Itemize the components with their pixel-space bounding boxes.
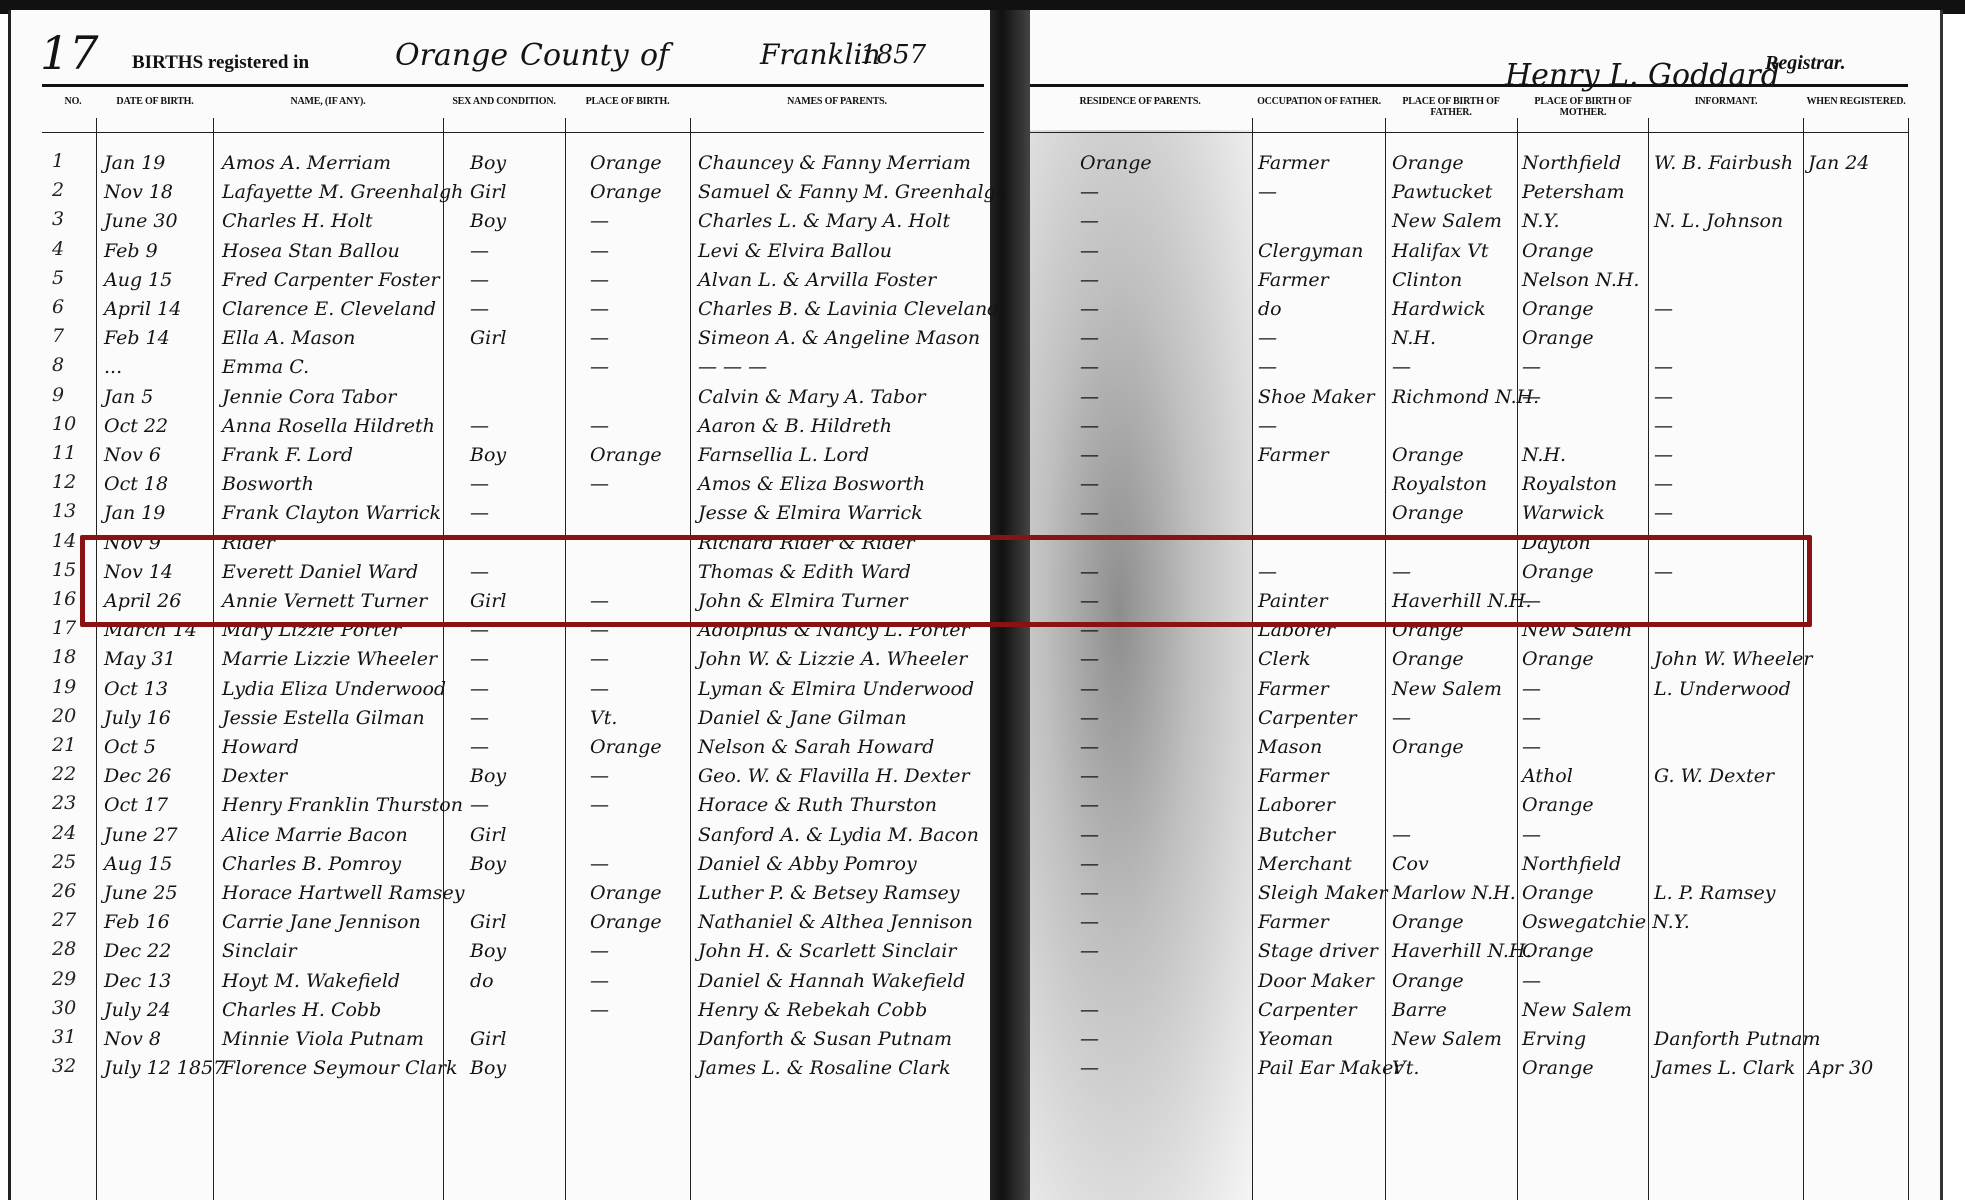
cell-informant: L. Underwood [1654, 676, 1791, 702]
cell-date: April 26 [104, 588, 181, 614]
cell-sex: — [470, 705, 489, 731]
header-rule-right [1030, 132, 1908, 133]
cell-date: Feb 16 [104, 909, 170, 935]
cell-mother-birth: Northfield [1522, 851, 1621, 877]
cell-parents: Horace & Ruth Thurston [698, 792, 937, 818]
cell-mother-birth: — [1522, 384, 1541, 410]
cell-parents: John H. & Scarlett Sinclair [698, 938, 956, 964]
cell-place: Vt. [590, 705, 617, 731]
county-name: Orange [395, 38, 508, 73]
cell-father-birth: — [1392, 354, 1411, 380]
cell-name: Mary Lizzie Porter [222, 617, 401, 643]
cell-no: 8 [52, 354, 64, 376]
cell-residence: — [1080, 705, 1099, 731]
cell-no: 31 [52, 1026, 76, 1048]
cell-name: Horace Hartwell Ramsey [222, 880, 464, 906]
cell-residence: — [1080, 851, 1099, 877]
cell-father-birth: New Salem [1392, 1026, 1502, 1052]
cell-name: Ella A. Mason [222, 325, 355, 351]
cell-father-birth: — [1392, 559, 1411, 585]
cell-sex: Boy [470, 208, 506, 234]
column-divider [1385, 118, 1386, 1200]
cell-no: 23 [52, 792, 76, 814]
cell-date: July 24 [104, 997, 171, 1023]
cell-mother-birth: Petersham [1522, 179, 1624, 205]
cell-father-birth: — [1392, 822, 1411, 848]
header-father-birthplace: PLACE OF BIRTH OF FATHER. [1387, 96, 1515, 118]
cell-date: April 14 [104, 296, 181, 322]
cell-parents: James L. & Rosaline Clark [698, 1055, 951, 1081]
cell-parents: Aaron & B. Hildreth [698, 413, 892, 439]
cell-name: Carrie Jane Jennison [222, 909, 421, 935]
cell-place: — [590, 354, 609, 380]
cell-father-birth: Orange [1392, 617, 1464, 643]
cell-father-birth: Halifax Vt [1392, 238, 1489, 264]
cell-sex: Boy [470, 1055, 506, 1081]
cell-date: July 12 1857 [104, 1055, 225, 1081]
registrar-name: Henry L. Goddard [1505, 58, 1780, 93]
cell-date: Oct 17 [104, 792, 168, 818]
cell-mother-birth: Warwick [1522, 500, 1605, 526]
cell-date: Nov 14 [104, 559, 173, 585]
cell-mother-birth: New Salem [1522, 997, 1632, 1023]
cell-occupation: — [1258, 179, 1277, 205]
cell-name: Howard [222, 734, 299, 760]
cell-name: Frank F. Lord [222, 442, 353, 468]
cell-no: 16 [52, 588, 76, 610]
column-divider [96, 118, 97, 1200]
cell-name: Clarence E. Cleveland [222, 296, 436, 322]
cell-name: Lydia Eliza Underwood [222, 676, 446, 702]
cell-occupation: do [1258, 296, 1282, 322]
title-rule-left [42, 84, 984, 87]
cell-sex: — [470, 471, 489, 497]
cell-residence: — [1080, 208, 1099, 234]
cell-sex: — [470, 646, 489, 672]
cell-residence: — [1080, 471, 1099, 497]
cell-date: Jan 19 [104, 150, 165, 176]
cell-parents: Alvan L. & Arvilla Foster [698, 267, 936, 293]
cell-parents: Thomas & Edith Ward [698, 559, 911, 585]
cell-no: 9 [52, 384, 64, 406]
cell-no: 1 [52, 150, 64, 172]
cell-mother-birth: Orange [1522, 792, 1594, 818]
cell-no: 12 [52, 471, 76, 493]
cell-residence: — [1080, 617, 1099, 643]
cell-father-birth: New Salem [1392, 208, 1502, 234]
cell-mother-birth: Oswegatchie N.Y. [1522, 909, 1690, 935]
cell-parents: Calvin & Mary A. Tabor [698, 384, 926, 410]
cell-occupation: Yeoman [1258, 1026, 1333, 1052]
cell-residence: — [1080, 238, 1099, 264]
cell-sex: Girl [470, 325, 506, 351]
cell-date: Feb 14 [104, 325, 170, 351]
cell-name: Everett Daniel Ward [222, 559, 418, 585]
cell-no: 22 [52, 763, 76, 785]
cell-parents: Richard Rider & Rider [698, 530, 915, 556]
cell-mother-birth: — [1522, 354, 1541, 380]
cell-father-birth: Orange [1392, 968, 1464, 994]
cell-no: 30 [52, 997, 76, 1019]
cell-place: Orange [590, 150, 662, 176]
cell-date: Dec 13 [104, 968, 171, 994]
cell-residence: — [1080, 792, 1099, 818]
cell-occupation: Farmer [1258, 267, 1329, 293]
cell-name: Minnie Viola Putnam [222, 1026, 424, 1052]
cell-parents: Geo. W. & Flavilla H. Dexter [698, 763, 970, 789]
cell-date: Aug 15 [104, 851, 172, 877]
cell-no: 17 [52, 617, 76, 639]
column-divider [565, 118, 566, 1200]
cell-parents: Lyman & Elmira Underwood [698, 676, 974, 702]
cell-parents: Daniel & Hannah Wakefield [698, 968, 965, 994]
cell-place: — [590, 997, 609, 1023]
printed-title: BIRTHS registered in [132, 52, 309, 74]
cell-no: 25 [52, 851, 76, 873]
cell-sex: — [470, 267, 489, 293]
cell-residence: — [1080, 676, 1099, 702]
cell-sex: — [470, 617, 489, 643]
cell-sex: — [470, 413, 489, 439]
cell-sex: — [470, 296, 489, 322]
column-divider [213, 118, 214, 1200]
cell-parents: Henry & Rebekah Cobb [698, 997, 927, 1023]
cell-no: 18 [52, 646, 76, 668]
cell-father-birth: Clinton [1392, 267, 1462, 293]
cell-place: — [590, 588, 609, 614]
cell-name: Lafayette M. Greenhalgh [222, 179, 463, 205]
cell-place: Orange [590, 442, 662, 468]
page-number: 17 [40, 26, 99, 80]
cell-place: — [590, 968, 609, 994]
cell-informant: — [1654, 500, 1673, 526]
cell-date: Aug 15 [104, 267, 172, 293]
cell-father-birth: Hardwick [1392, 296, 1486, 322]
cell-date: Oct 18 [104, 471, 168, 497]
cell-mother-birth: — [1522, 588, 1541, 614]
cell-place: — [590, 413, 609, 439]
cell-place: — [590, 851, 609, 877]
header-place-of-birth: PLACE OF BIRTH. [567, 96, 688, 107]
cell-informant: L. P. Ramsey [1654, 880, 1776, 906]
cell-mother-birth: Orange [1522, 559, 1594, 585]
cell-mother-birth: Northfield [1522, 150, 1621, 176]
cell-no: 5 [52, 267, 64, 289]
cell-parents: Nelson & Sarah Howard [698, 734, 934, 760]
cell-no: 28 [52, 938, 76, 960]
cell-residence: — [1080, 384, 1099, 410]
cell-no: 20 [52, 705, 76, 727]
cell-name: Charles H. Cobb [222, 997, 381, 1023]
cell-mother-birth: N.Y. [1522, 208, 1560, 234]
header-informant: INFORMANT. [1650, 96, 1802, 107]
cell-date: Nov 6 [104, 442, 161, 468]
cell-name: Jennie Cora Tabor [222, 384, 396, 410]
cell-occupation: Stage driver [1258, 938, 1378, 964]
cell-sex: Boy [470, 150, 506, 176]
cell-mother-birth: Athol [1522, 763, 1573, 789]
cell-residence: — [1080, 325, 1099, 351]
cell-mother-birth: Orange [1522, 296, 1594, 322]
cell-occupation: Butcher [1258, 822, 1335, 848]
title-rule-right [1030, 84, 1908, 87]
column-divider [690, 118, 691, 1200]
cell-residence: — [1080, 909, 1099, 935]
cell-informant: James L. Clark [1654, 1055, 1795, 1081]
cell-sex: Boy [470, 938, 506, 964]
cell-parents: Amos & Eliza Bosworth [698, 471, 925, 497]
cell-informant: G. W. Dexter [1654, 763, 1774, 789]
cell-parents: John W. & Lizzie A. Wheeler [698, 646, 967, 672]
cell-parents: Daniel & Jane Gilman [698, 705, 907, 731]
cell-occupation: — [1258, 325, 1277, 351]
cell-father-birth: Richmond N.H. [1392, 384, 1539, 410]
cell-father-birth: Orange [1392, 150, 1464, 176]
cell-occupation: Sleigh Maker [1258, 880, 1387, 906]
cell-mother-birth: Dayton [1522, 530, 1591, 556]
cell-no: 32 [52, 1055, 76, 1077]
cell-mother-birth: — [1522, 822, 1541, 848]
cell-name: Annie Vernett Turner [222, 588, 427, 614]
cell-sex: — [470, 238, 489, 264]
cell-informant: Danforth Putnam [1654, 1026, 1821, 1052]
cell-residence: — [1080, 500, 1099, 526]
cell-residence: — [1080, 880, 1099, 906]
cell-occupation: Laborer [1258, 617, 1335, 643]
cell-name: Florence Seymour Clark [222, 1055, 458, 1081]
cell-parents: Farnsellia L. Lord [698, 442, 869, 468]
cell-residence: — [1080, 1026, 1099, 1052]
cell-date: Jan 5 [104, 384, 153, 410]
cell-place: — [590, 617, 609, 643]
cell-parents: Danforth & Susan Putnam [698, 1026, 952, 1052]
cell-parents: Daniel & Abby Pomroy [698, 851, 917, 877]
cell-mother-birth: Royalston [1522, 471, 1617, 497]
cell-place: — [590, 646, 609, 672]
cell-residence: — [1080, 267, 1099, 293]
column-divider [1517, 118, 1518, 1200]
cell-name: Jessie Estella Gilman [222, 705, 425, 731]
cell-name: Hosea Stan Ballou [222, 238, 400, 264]
cell-name: Anna Rosella Hildreth [222, 413, 435, 439]
cell-no: 2 [52, 179, 64, 201]
cell-occupation: Farmer [1258, 676, 1329, 702]
cell-mother-birth: — [1522, 734, 1541, 760]
cell-mother-birth: Orange [1522, 1055, 1594, 1081]
cell-date: Jan 19 [104, 500, 165, 526]
cell-occupation: — [1258, 413, 1277, 439]
cell-date: June 27 [104, 822, 178, 848]
cell-informant: W. B. Fairbush [1654, 150, 1793, 176]
cell-no: 15 [52, 559, 76, 581]
header-mother-birthplace: PLACE OF BIRTH OF MOTHER. [1519, 96, 1647, 118]
cell-mother-birth: N.H. [1522, 442, 1566, 468]
cell-sex: Boy [470, 763, 506, 789]
cell-no: 6 [52, 296, 64, 318]
cell-name: Frank Clayton Warrick [222, 500, 441, 526]
cell-parents: Jesse & Elmira Warrick [698, 500, 923, 526]
cell-mother-birth: — [1522, 705, 1541, 731]
cell-no: 7 [52, 325, 64, 347]
header-date-of-birth: DATE OF BIRTH. [98, 96, 212, 107]
cell-mother-birth: Nelson N.H. [1522, 267, 1639, 293]
cell-no: 26 [52, 880, 76, 902]
cell-residence: — [1080, 413, 1099, 439]
cell-parents: Charles B. & Lavinia Cleveland [698, 296, 999, 322]
cell-informant: — [1654, 471, 1673, 497]
cell-parents: Adolphus & Nancy L. Porter [698, 617, 970, 643]
cell-informant: N. L. Johnson [1654, 208, 1783, 234]
cell-sex: Girl [470, 179, 506, 205]
cell-residence: — [1080, 763, 1099, 789]
cell-sex: — [470, 500, 489, 526]
cell-father-birth: Marlow N.H. [1392, 880, 1516, 906]
cell-occupation: Shoe Maker [1258, 384, 1375, 410]
cell-place: — [590, 792, 609, 818]
cell-parents: Nathaniel & Althea Jennison [698, 909, 973, 935]
cell-sex: — [470, 559, 489, 585]
cell-date: Nov 8 [104, 1026, 161, 1052]
cell-father-birth: Orange [1392, 500, 1464, 526]
cell-occupation: Painter [1258, 588, 1328, 614]
cell-occupation: Door Maker [1258, 968, 1374, 994]
cell-parents: Charles L. & Mary A. Holt [698, 208, 950, 234]
cell-mother-birth: — [1522, 676, 1541, 702]
cell-residence: — [1080, 442, 1099, 468]
cell-date: May 31 [104, 646, 176, 672]
cell-place: — [590, 676, 609, 702]
cell-mother-birth: Orange [1522, 880, 1594, 906]
cell-residence: — [1080, 822, 1099, 848]
cell-mother-birth: Orange [1522, 238, 1594, 264]
cell-no: 3 [52, 208, 64, 230]
header-rule-left [42, 132, 984, 133]
cell-father-birth: Royalston [1392, 471, 1487, 497]
cell-no: 27 [52, 909, 76, 931]
cell-name: Henry Franklin Thurston [222, 792, 463, 818]
cell-mother-birth: New Salem [1522, 617, 1632, 643]
cell-father-birth: Haverhill N.H. [1392, 588, 1532, 614]
cell-mother-birth: Orange [1522, 646, 1594, 672]
cell-father-birth: Orange [1392, 734, 1464, 760]
county-word: County [520, 38, 629, 73]
cell-father-birth: Cov [1392, 851, 1429, 877]
cell-place: — [590, 296, 609, 322]
cell-occupation: Farmer [1258, 909, 1329, 935]
cell-place: Orange [590, 909, 662, 935]
header-residence: RESIDENCE OF PARENTS. [1030, 96, 1250, 107]
header-sex-condition: SEX AND CONDITION. [445, 96, 563, 107]
cell-father-birth: — [1392, 705, 1411, 731]
cell-occupation: — [1258, 354, 1277, 380]
cell-name: Amos A. Merriam [222, 150, 391, 176]
cell-occupation: Carpenter [1258, 705, 1357, 731]
cell-residence: — [1080, 997, 1099, 1023]
cell-parents: Luther P. & Betsey Ramsey [698, 880, 959, 906]
cell-residence: — [1080, 734, 1099, 760]
cell-date: June 30 [104, 208, 178, 234]
cell-no: 13 [52, 500, 76, 522]
cell-occupation: Clergyman [1258, 238, 1363, 264]
cell-parents: Sanford A. & Lydia M. Bacon [698, 822, 979, 848]
cell-occupation: Carpenter [1258, 997, 1357, 1023]
cell-name: Bosworth [222, 471, 314, 497]
cell-parents: Simeon A. & Angeline Mason [698, 325, 980, 351]
cell-mother-birth: Orange [1522, 325, 1594, 351]
header-names-of-parents: NAMES OF PARENTS. [692, 96, 982, 107]
cell-place: — [590, 763, 609, 789]
cell-sex: Boy [470, 851, 506, 877]
cell-informant: — [1654, 559, 1673, 585]
cell-date: June 25 [104, 880, 178, 906]
cell-name: Alice Marrie Bacon [222, 822, 408, 848]
cell-informant: John W. Wheeler [1654, 646, 1813, 672]
cell-date: Dec 22 [104, 938, 171, 964]
cell-date: Feb 9 [104, 238, 158, 264]
cell-residence: — [1080, 179, 1099, 205]
cell-place: Orange [590, 179, 662, 205]
year: 1857 [860, 40, 926, 70]
cell-place: — [590, 267, 609, 293]
cell-registered: Jan 24 [1808, 150, 1869, 176]
cell-sex: Boy [470, 442, 506, 468]
cell-father-birth: Orange [1392, 442, 1464, 468]
cell-occupation: Pail Ear Maker [1258, 1055, 1402, 1081]
cell-date: Oct 13 [104, 676, 168, 702]
cell-father-birth: Orange [1392, 646, 1464, 672]
cell-mother-birth: — [1522, 968, 1541, 994]
cell-name: Marrie Lizzie Wheeler [222, 646, 437, 672]
cell-name: Sinclair [222, 938, 297, 964]
cell-date: Oct 22 [104, 413, 168, 439]
cell-date: Dec 26 [104, 763, 171, 789]
cell-residence: — [1080, 646, 1099, 672]
cell-occupation: Farmer [1258, 442, 1329, 468]
cell-parents: John & Elmira Turner [698, 588, 908, 614]
cell-father-birth: Vt. [1392, 1055, 1419, 1081]
cell-parents: Samuel & Fanny M. Greenhalgh [698, 179, 1008, 205]
cell-residence: — [1080, 588, 1099, 614]
cell-place: — [590, 471, 609, 497]
cell-residence: — [1080, 354, 1099, 380]
cell-place: — [590, 208, 609, 234]
cell-date: March 14 [104, 617, 197, 643]
cell-sex: — [470, 676, 489, 702]
cell-residence: Orange [1080, 150, 1152, 176]
cell-no: 21 [52, 734, 76, 756]
cell-no: 19 [52, 676, 76, 698]
cell-occupation: — [1258, 559, 1277, 585]
cell-place: — [590, 938, 609, 964]
registrar-label: Registrar. [1765, 52, 1846, 75]
cell-registered: Apr 30 [1808, 1055, 1873, 1081]
cell-sex: Girl [470, 822, 506, 848]
cell-name: Rider [222, 530, 275, 556]
cell-place: Orange [590, 880, 662, 906]
cell-occupation: Clerk [1258, 646, 1310, 672]
cell-informant: — [1654, 296, 1673, 322]
header-occupation: OCCUPATION OF FATHER. [1254, 96, 1384, 107]
cell-occupation: Merchant [1258, 851, 1352, 877]
cell-date: Oct 5 [104, 734, 156, 760]
cell-no: 29 [52, 968, 76, 990]
cell-occupation: Farmer [1258, 150, 1329, 176]
cell-no: 14 [52, 530, 76, 552]
header-name: NAME, (IF ANY). [215, 96, 441, 107]
cell-name: Fred Carpenter Foster [222, 267, 440, 293]
cell-name: Emma C. [222, 354, 309, 380]
cell-parents: Levi & Elvira Ballou [698, 238, 892, 264]
